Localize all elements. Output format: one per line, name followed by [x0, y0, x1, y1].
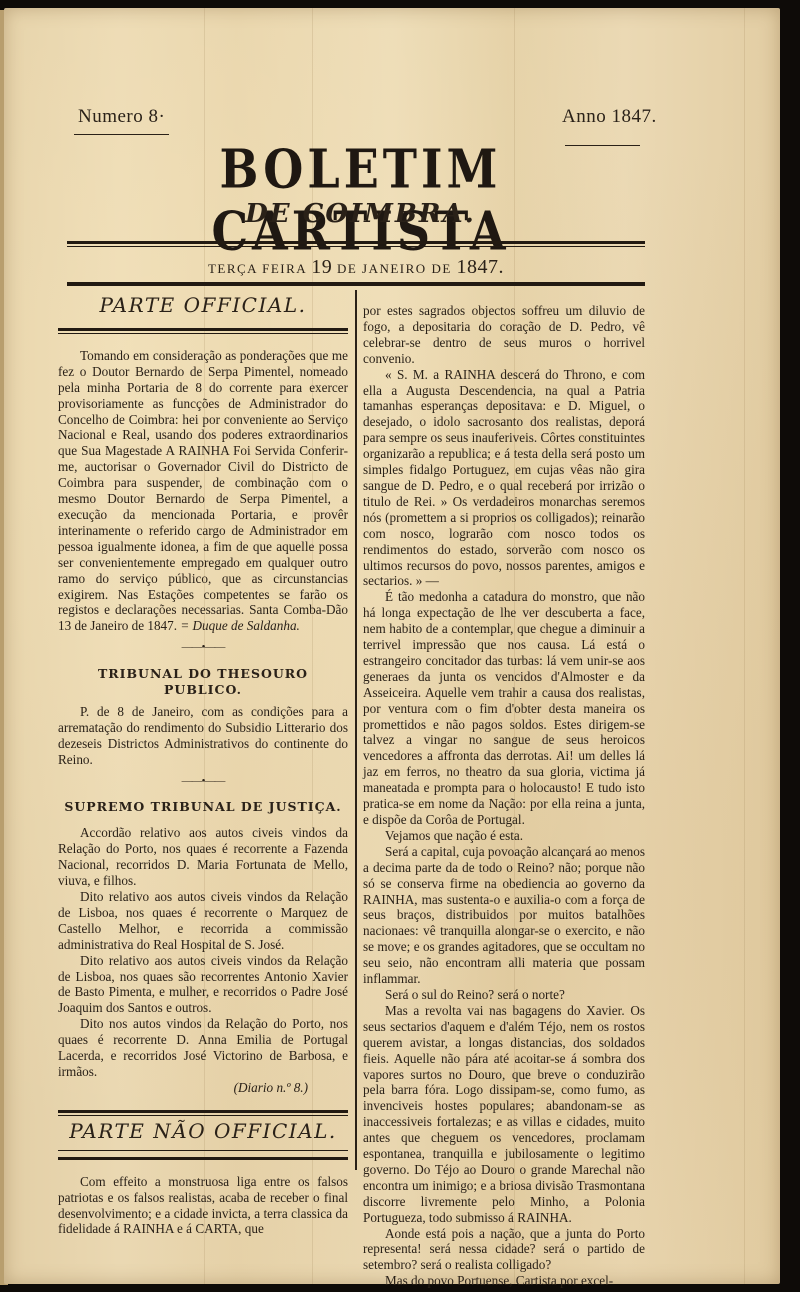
court-item: Dito relativo aos autos civeis vindos da…	[58, 889, 348, 953]
masthead-rule-bottom	[67, 280, 645, 286]
article-paragraph: Vejamos que nação é esta.	[363, 828, 645, 844]
decree-signature: = Duque de Saldanha.	[177, 618, 300, 633]
issue-year: Anno 1847.	[562, 106, 657, 128]
rule-left	[74, 134, 169, 135]
decree-paragraph: Tomando em consideração as ponderações q…	[58, 348, 348, 634]
treasury-paragraph: P. de 8 de Janeiro, com as condições par…	[58, 704, 348, 768]
newspaper-subtitle: DE COIMBRA.	[78, 199, 643, 229]
date-year: 1847.	[457, 256, 505, 278]
court-item: Dito nos autos vindos da Relação do Port…	[58, 1016, 348, 1080]
ornament-divider: ——•——	[58, 640, 348, 656]
issue-number: Numero 8·	[78, 106, 165, 128]
source-citation: (Diario n.º 8.)	[58, 1080, 348, 1096]
article-intro: Com effeito a monstruosa liga entre os f…	[58, 1174, 348, 1238]
column-divider	[355, 290, 357, 1170]
article-paragraph: Será a capital, cuja povoação alcançará …	[363, 844, 645, 987]
decree-text: Tomando em consideração as ponderações q…	[58, 348, 348, 633]
date-day: 19	[311, 256, 332, 278]
court-item: Dito relativo aos autos civeis vindos da…	[58, 953, 348, 1017]
article-paragraph: É tão medonha a catadura do monstro, que…	[363, 589, 645, 828]
treasury-heading: TRIBUNAL DO THESOURO PUBLICO.	[58, 666, 348, 698]
right-column: por estes sagrados objectos soffreu um d…	[363, 303, 645, 1289]
article-paragraph: por estes sagrados objectos soffreu um d…	[363, 303, 645, 367]
dateline: TERÇA FEIRA 19 DE JANEIRO DE 1847.	[67, 256, 645, 279]
court-item: Accordão relativo aos autos civeis vindo…	[58, 825, 348, 889]
section-rule	[58, 328, 348, 331]
paper-crease	[744, 8, 745, 1284]
article-paragraph: Mas a revolta vai nas bagagens do Xavier…	[363, 1003, 645, 1226]
article-paragraph: « S. M. a RAINHA descerá do Throno, e co…	[363, 367, 645, 590]
section-heading-non-official: PARTE NÃO OFFICIAL.	[58, 1124, 348, 1140]
article-paragraph: Aonde está pois a nação, que a junta do …	[363, 1226, 645, 1274]
ornament-divider: ——•——	[58, 774, 348, 790]
article-paragraph: Mas do povo Portuense, Cartista por exce…	[363, 1273, 645, 1289]
section-heading-official: PARTE OFFICIAL.	[58, 298, 348, 314]
court-heading: SUPREMO TRIBUNAL DE JUSTIÇA.	[58, 799, 348, 815]
masthead-rule-top	[67, 241, 645, 247]
section-rule	[58, 1150, 348, 1151]
date-weekday: TERÇA FEIRA	[208, 261, 311, 276]
article-paragraph: Será o sul do Reino? será o norte?	[363, 987, 645, 1003]
left-column: PARTE OFFICIAL. Tomando em consideração …	[58, 298, 348, 1237]
date-month: DE JANEIRO DE	[332, 261, 456, 276]
section-rule	[58, 1110, 348, 1113]
